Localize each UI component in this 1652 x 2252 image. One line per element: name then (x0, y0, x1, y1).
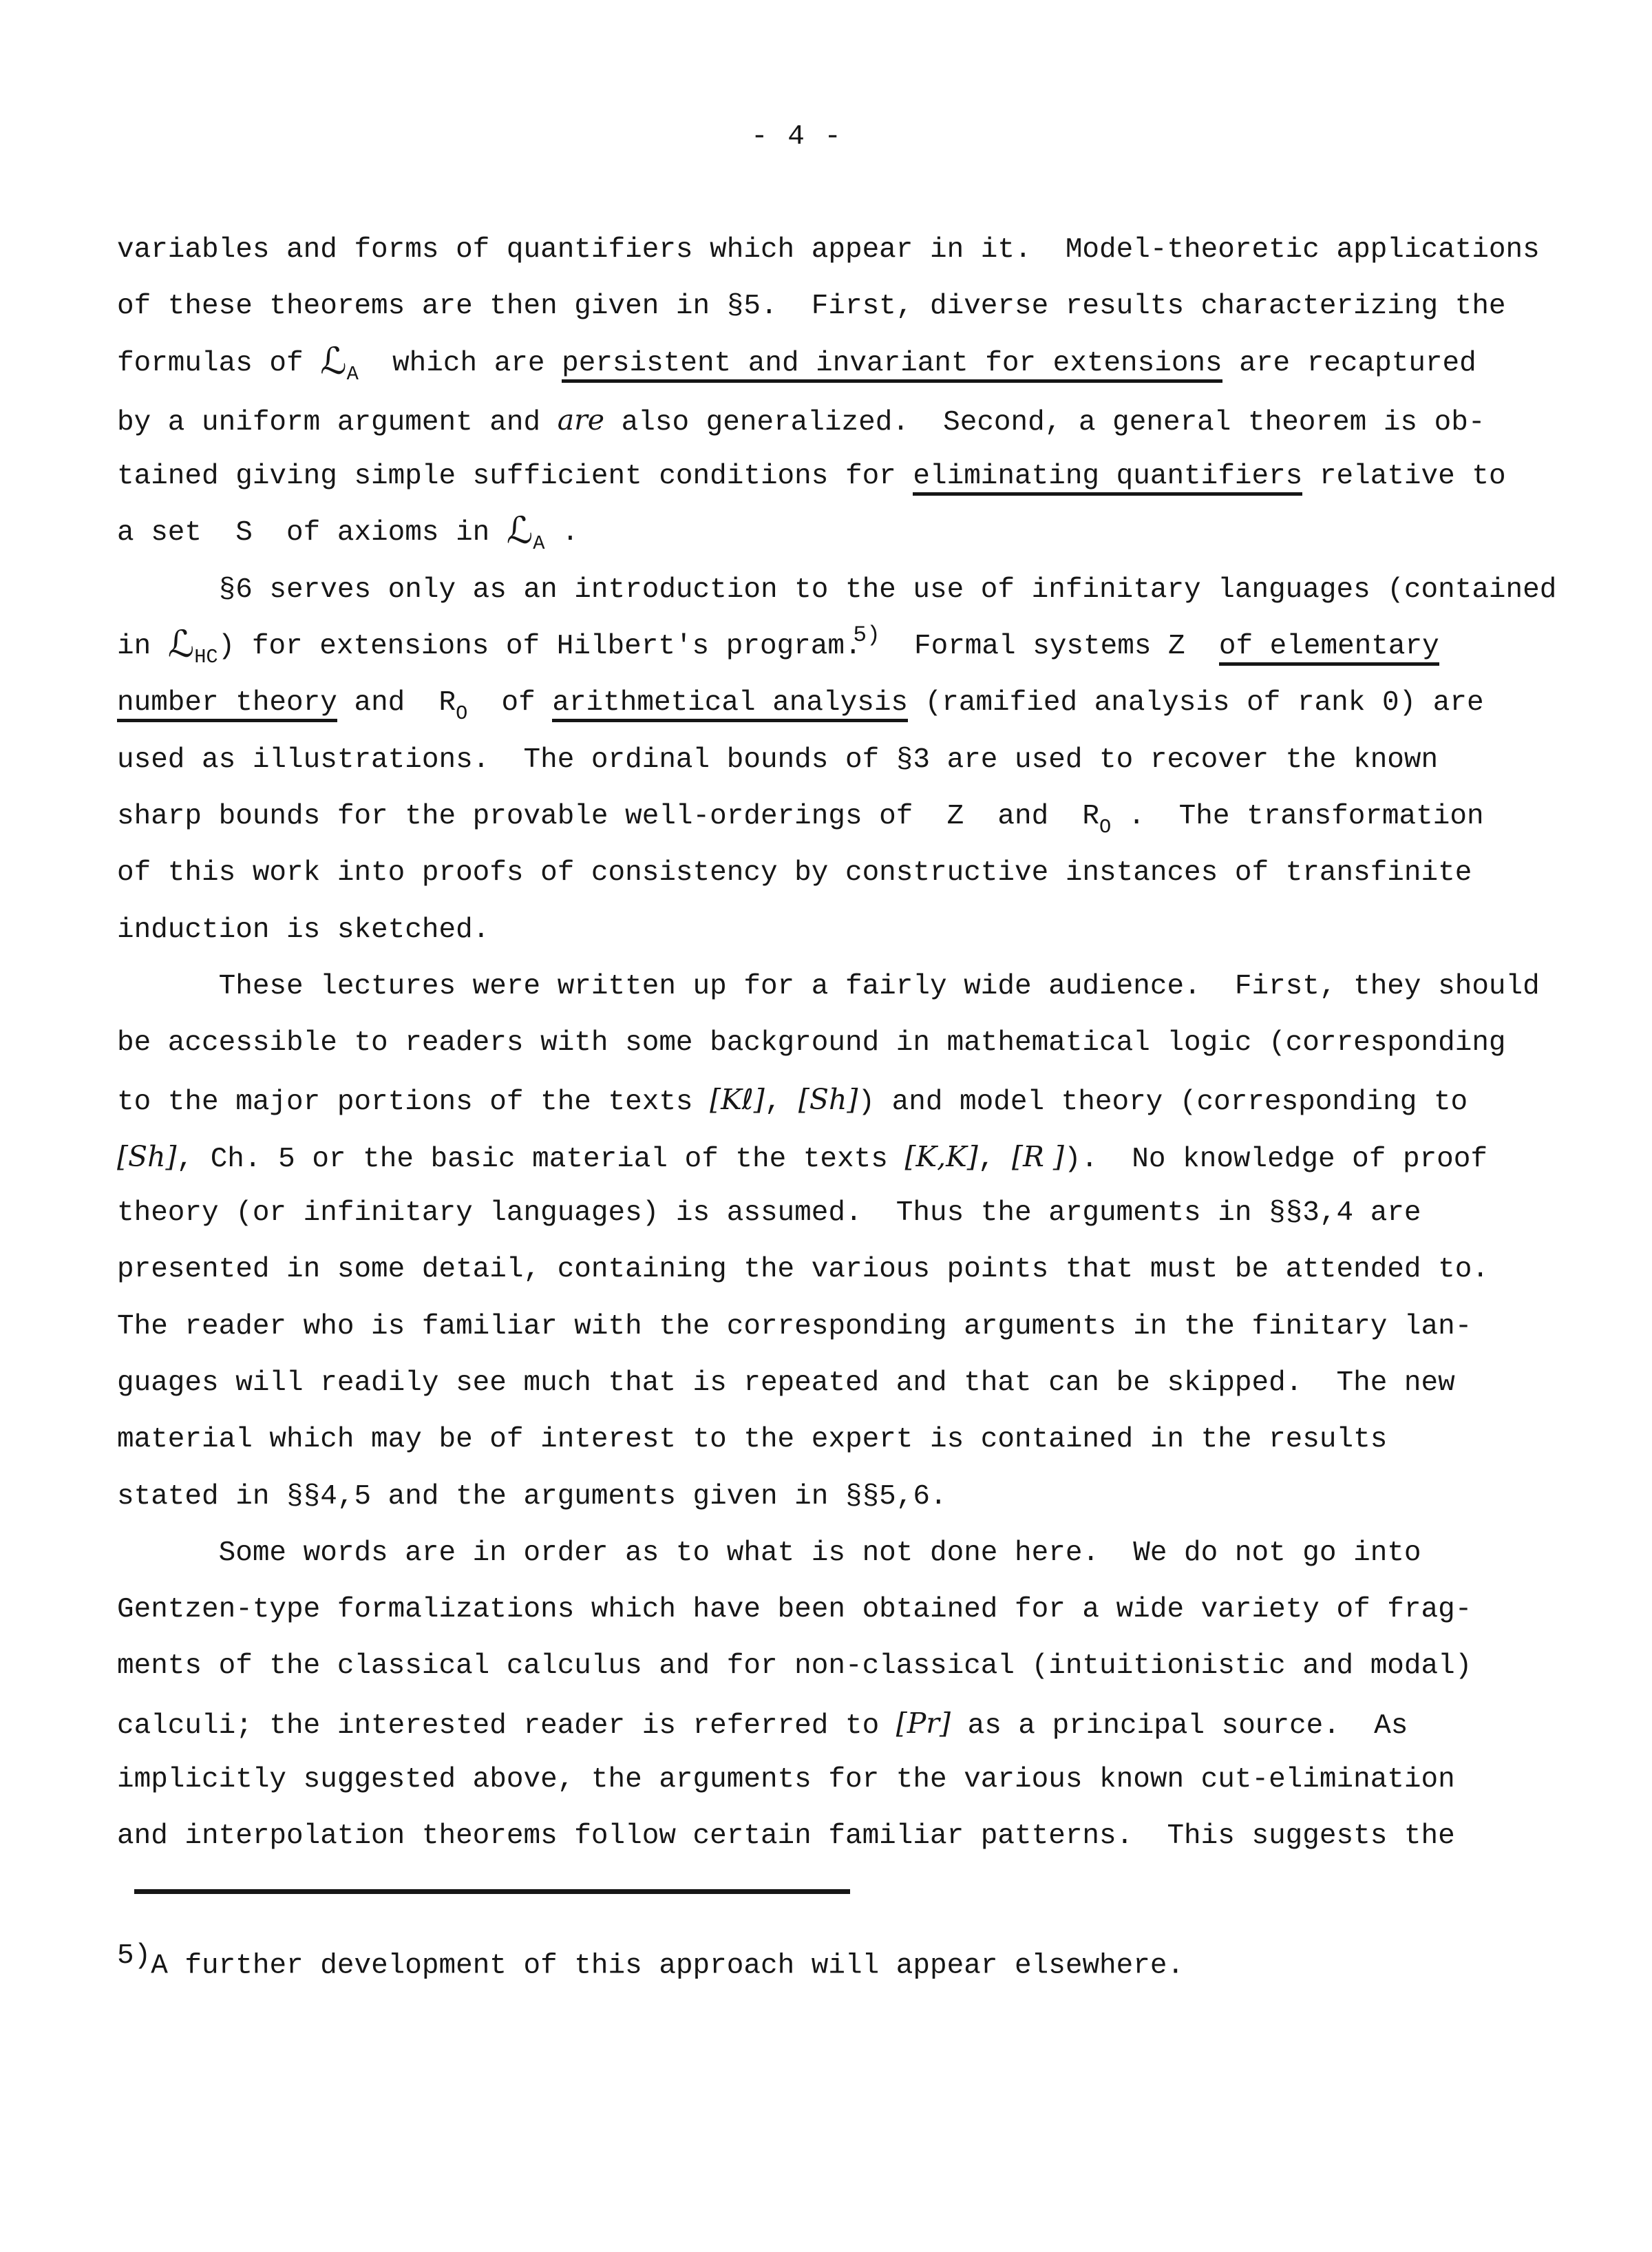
text-line: The reader who is familiar with the corr… (117, 1298, 1556, 1355)
text-line: §6 serves only as an introduction to the… (117, 562, 1556, 618)
text-segment: relative to (1302, 461, 1505, 492)
text-segment: These lectures were written up for a fai… (117, 971, 1540, 1002)
footnote-separator (134, 1889, 850, 1894)
document-page: - 4 - variables and forms of quantifiers… (0, 0, 1652, 2252)
text-segment: presented in some detail, containing the… (117, 1254, 1489, 1285)
text-segment: of this work into proofs of consistency … (117, 857, 1472, 889)
text-line: calculi; the interested reader is referr… (117, 1695, 1556, 1751)
text-line: in ℒHC) for extensions of Hilbert's prog… (117, 618, 1556, 675)
text-segment: formulas of (117, 348, 320, 379)
text-line: used as illustrations. The ordinal bound… (117, 732, 1556, 788)
text-segment-sub: HC (194, 646, 218, 669)
text-segment: . The transformation (1111, 801, 1483, 832)
text-segment: to the major portions of the texts (117, 1086, 710, 1118)
text-line: and interpolation theorems follow certai… (117, 1808, 1556, 1864)
text-line: presented in some detail, containing the… (117, 1241, 1556, 1298)
text-line: sharp bounds for the provable well-order… (117, 788, 1556, 845)
text-line: These lectures were written up for a fai… (117, 958, 1556, 1015)
text-segment: and interpolation theorems follow certai… (117, 1820, 1455, 1852)
text-segment: which are (359, 348, 562, 379)
text-segment-hand: [R ] (1012, 1140, 1064, 1173)
text-line: Gentzen-type formalizations which have b… (117, 1581, 1556, 1638)
text-segment: used as illustrations. The ordinal bound… (117, 744, 1438, 776)
footnote-text: A further development of this approach w… (151, 1950, 1184, 1981)
text-segment: , (765, 1086, 798, 1118)
page-number: - 4 - (0, 121, 1652, 153)
text-segment: ) for extensions of Hilbert's program. (218, 631, 862, 662)
text-line: variables and forms of quantifiers which… (117, 222, 1556, 278)
text-segment-L: ℒ (507, 509, 533, 552)
text-segment-L: ℒ (168, 622, 194, 665)
text-segment-supo: 5) (853, 622, 880, 648)
text-segment: , (978, 1144, 1012, 1175)
text-segment-hand: [Sh] (798, 1083, 858, 1116)
text-segment: . (545, 517, 579, 549)
text-segment: , Ch. 5 or the basic material of the tex… (176, 1144, 904, 1175)
text-segment: stated in §§4,5 and the arguments given … (117, 1481, 947, 1513)
text-segment: (ramified analysis of rank 0) are (908, 687, 1484, 719)
text-line: of these theorems are then given in §5. … (117, 278, 1556, 335)
text-segment: as a principal source. As (951, 1710, 1408, 1742)
text-segment: tained giving simple sufficient conditio… (117, 461, 913, 492)
text-segment: §6 serves only as an introduction to the… (117, 574, 1556, 606)
text-segment-u: number theory (117, 687, 337, 722)
text-segment: material which may be of interest to the… (117, 1424, 1387, 1455)
text-segment: a set S of axioms in (117, 517, 507, 549)
text-segment: calculi; the interested reader is referr… (117, 1710, 896, 1742)
text-line: ments of the classical calculus and for … (117, 1638, 1556, 1694)
text-segment: ) and model theory (corresponding to (858, 1086, 1468, 1118)
text-segment-sub: O (1099, 816, 1111, 839)
text-segment-sub: A (347, 363, 359, 386)
text-line: be accessible to readers with some backg… (117, 1015, 1556, 1071)
text-line: guages will readily see much that is rep… (117, 1355, 1556, 1411)
text-line: number theory and RO of arithmetical ana… (117, 675, 1556, 731)
text-segment: theory (or infinitary languages) is assu… (117, 1197, 1421, 1229)
text-segment-u: arithmetical analysis (552, 687, 908, 722)
text-segment: sharp bounds for the provable well-order… (117, 801, 1099, 832)
text-segment-u: of elementary (1219, 631, 1439, 666)
text-segment: be accessible to readers with some backg… (117, 1027, 1506, 1059)
footnote-marker: 5) (117, 1940, 151, 1972)
text-segment: of these theorems are then given in §5. … (117, 291, 1506, 322)
text-segment: in (117, 631, 168, 662)
text-segment: guages will readily see much that is rep… (117, 1367, 1455, 1399)
text-segment: implicitly suggested above, the argument… (117, 1764, 1455, 1796)
text-line: of this work into proofs of consistency … (117, 845, 1556, 901)
text-segment-hand: [Pr] (896, 1707, 951, 1740)
text-line: theory (or infinitary languages) is assu… (117, 1185, 1556, 1241)
text-line: material which may be of interest to the… (117, 1411, 1556, 1468)
text-line: by a uniform argument and are also gener… (117, 392, 1556, 448)
text-segment: ). No knowledge of proof (1064, 1144, 1487, 1175)
text-segment-hand: [Kℓ] (710, 1083, 765, 1116)
text-segment-sub: O (456, 702, 467, 725)
text-line: [Sh], Ch. 5 or the basic material of the… (117, 1128, 1556, 1185)
text-line: to the major portions of the texts [Kℓ],… (117, 1071, 1556, 1128)
text-segment-hand: [Sh] (117, 1140, 176, 1173)
text-segment: are recaptured (1222, 348, 1476, 379)
page-body: variables and forms of quantifiers which… (117, 222, 1556, 1865)
text-segment-hand: [K,K] (904, 1140, 977, 1173)
text-line: formulas of ℒA which are persistent and … (117, 335, 1556, 392)
text-segment-u: eliminating quantifiers (913, 461, 1302, 496)
text-segment: ments of the classical calculus and for … (117, 1650, 1472, 1682)
text-segment: by a uniform argument and (117, 407, 558, 439)
text-segment-sub: A (533, 532, 544, 555)
text-segment: of (467, 687, 552, 719)
text-line: tained giving simple sufficient conditio… (117, 448, 1556, 505)
text-segment: also generalized. Second, a general theo… (604, 407, 1485, 439)
text-segment: induction is sketched. (117, 914, 489, 946)
text-segment: and R (337, 687, 456, 719)
text-segment: Some words are in order as to what is no… (117, 1537, 1421, 1569)
text-segment: The reader who is familiar with the corr… (117, 1311, 1472, 1343)
text-line: induction is sketched. (117, 902, 1556, 958)
text-segment-u: persistent and invariant for extensions (562, 348, 1222, 383)
text-segment-L: ℒ (320, 339, 346, 382)
text-segment: variables and forms of quantifiers which… (117, 234, 1540, 266)
text-segment-hand: are (558, 403, 604, 436)
text-segment: Formal systems Z (880, 631, 1219, 662)
text-segment: Gentzen-type formalizations which have b… (117, 1594, 1472, 1625)
text-line: implicitly suggested above, the argument… (117, 1751, 1556, 1808)
text-line: stated in §§4,5 and the arguments given … (117, 1469, 1556, 1525)
text-line: Some words are in order as to what is no… (117, 1525, 1556, 1581)
text-line: a set S of axioms in ℒA . (117, 505, 1556, 561)
footnote: 5)A further development of this approach… (117, 1928, 1184, 1994)
